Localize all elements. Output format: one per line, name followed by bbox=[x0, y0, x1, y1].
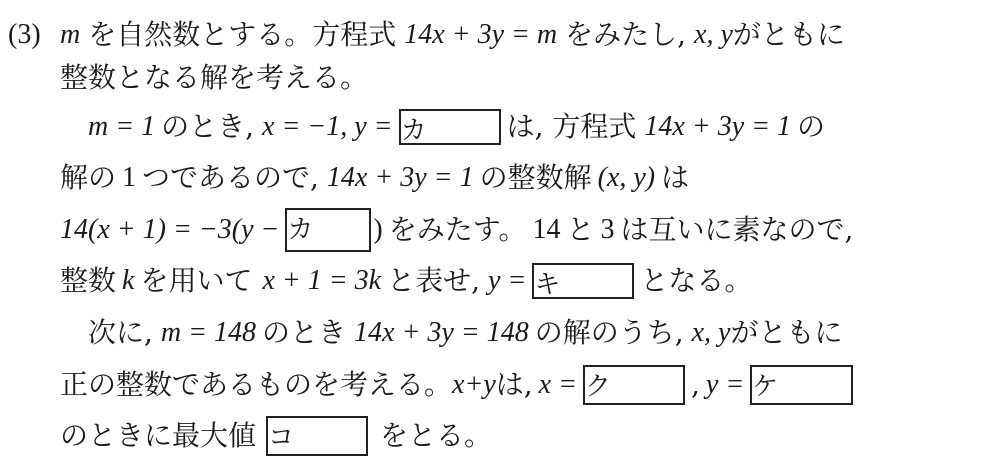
var-m: m bbox=[60, 15, 80, 55]
text: をみたし, bbox=[565, 15, 686, 55]
text: と表せ, bbox=[387, 261, 480, 301]
equation: x + 1 = 3k bbox=[262, 261, 381, 301]
text: がともに bbox=[733, 15, 845, 55]
answer-box-ku[interactable]: ク bbox=[583, 365, 685, 405]
problem-number: (3) bbox=[8, 15, 41, 55]
text: の整数解 bbox=[480, 158, 592, 198]
answer-box-ke[interactable]: ケ bbox=[750, 365, 853, 405]
vars-xy: x, y bbox=[694, 15, 733, 55]
equation: 14x + 3y = m bbox=[404, 15, 557, 55]
line-5: 14(x + 1) = −3(y − カ ) をみたす。 14 と 3 は互いに… bbox=[60, 210, 853, 250]
text: は, bbox=[496, 365, 533, 405]
line-3: m = 1 のとき, x = −1, y = カ は, 方程式 14x + 3y… bbox=[88, 107, 825, 147]
text: のとき bbox=[262, 313, 346, 353]
equation: m = 148 bbox=[161, 313, 256, 353]
text: 正の整数であるものを考える。 bbox=[60, 365, 452, 405]
equation: 14x + 3y = 1 bbox=[327, 158, 474, 198]
text: をみたす。 bbox=[389, 210, 527, 250]
equation: m = 1 bbox=[88, 107, 155, 147]
text: の解のうち, bbox=[535, 313, 684, 353]
number: 3 bbox=[601, 210, 615, 250]
text: と bbox=[567, 210, 595, 250]
comma: , bbox=[691, 365, 700, 405]
equation: y = bbox=[706, 365, 744, 405]
line-6: 整数 k を用いて x + 1 = 3k と表せ, y = キ となる。 bbox=[60, 261, 752, 301]
equation: 14x + 3y = 1 bbox=[644, 107, 791, 147]
paren-close: ) bbox=[373, 210, 382, 250]
text: を自然数とする。方程式 bbox=[88, 15, 396, 55]
equation: x = −1, y = bbox=[262, 107, 393, 147]
answer-box-ko[interactable]: コ bbox=[266, 416, 368, 456]
pair-xy: (x, y) bbox=[598, 158, 656, 198]
text: 次に, bbox=[88, 313, 153, 353]
text: を用いて bbox=[140, 261, 252, 301]
var-k: k bbox=[122, 261, 134, 301]
answer-box-ka[interactable]: カ bbox=[399, 109, 501, 145]
text: のとき, bbox=[161, 107, 254, 147]
text: は, 方程式 bbox=[507, 107, 637, 147]
line-4: 解の 1 つであるので, 14x + 3y = 1 の整数解 (x, y) は bbox=[60, 158, 689, 198]
equation: y = bbox=[488, 261, 526, 301]
text: つであるので, bbox=[142, 158, 319, 198]
problem-number-label: (3) bbox=[8, 15, 41, 55]
line-8: 正の整数であるものを考える。 x+y は, x = ク , y = ケ bbox=[60, 365, 859, 405]
text: をとる。 bbox=[380, 416, 492, 456]
vars-xy: x, y bbox=[692, 313, 731, 353]
text: は bbox=[661, 158, 689, 198]
line-1: m を自然数とする。方程式 14x + 3y = m をみたし, x, y がと… bbox=[60, 15, 845, 55]
text: がともに bbox=[730, 313, 842, 353]
text: は互いに素なので, bbox=[621, 210, 854, 250]
text: 解の bbox=[60, 158, 116, 198]
text: 整数となる解を考える。 bbox=[60, 58, 368, 98]
text: となる。 bbox=[640, 261, 752, 301]
line-9: のときに最大値 コ をとる。 bbox=[60, 416, 492, 456]
text: のときに最大値 bbox=[60, 416, 256, 456]
equation: 14x + 3y = 148 bbox=[354, 313, 529, 353]
line-2: 整数となる解を考える。 bbox=[60, 58, 368, 98]
answer-box-ka[interactable]: カ bbox=[285, 208, 371, 252]
line-7: 次に, m = 148 のとき 14x + 3y = 148 の解のうち, x,… bbox=[88, 313, 842, 353]
answer-box-ki[interactable]: キ bbox=[532, 263, 634, 299]
text: の bbox=[797, 107, 825, 147]
equation: x = bbox=[539, 365, 577, 405]
number: 1 bbox=[122, 158, 136, 198]
number: 14 bbox=[533, 210, 561, 250]
equation: 14(x + 1) = −3(y − bbox=[60, 210, 279, 250]
expr-x-plus-y: x+y bbox=[452, 365, 496, 405]
text: 整数 bbox=[60, 261, 116, 301]
